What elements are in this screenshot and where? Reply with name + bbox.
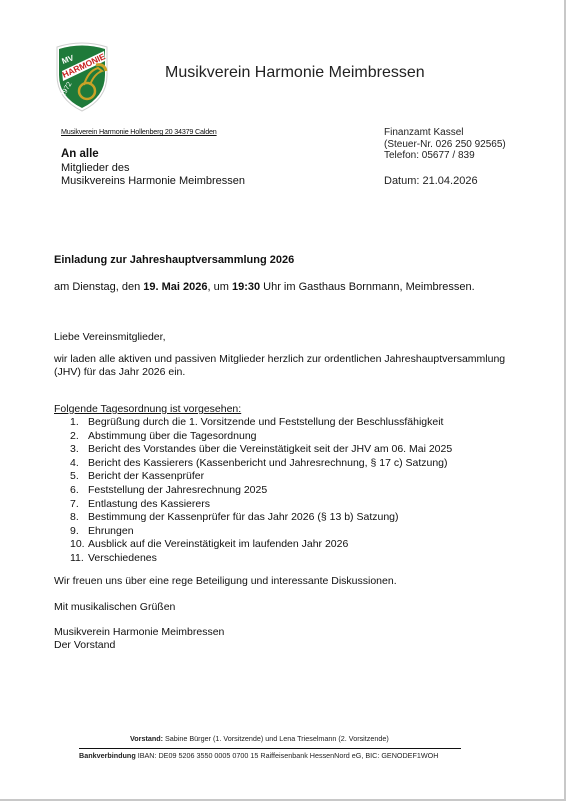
agenda-item-number: 11. xyxy=(70,552,88,566)
agenda-item-number: 5. xyxy=(70,470,88,484)
agenda-item: 3.Bericht des Vorstandes über die Verein… xyxy=(70,443,452,457)
signature-board: Der Vorstand xyxy=(54,639,224,652)
agenda-item-number: 1. xyxy=(70,416,88,430)
when-mid: , um xyxy=(208,281,232,293)
agenda-item-text: Bestimmung der Kassenprüfer für das Jahr… xyxy=(88,511,399,525)
closing-sentence: Wir freuen uns über eine rege Beteiligun… xyxy=(54,575,397,587)
bank-details: IBAN: DE09 5206 3550 0005 0700 15 Raiffe… xyxy=(136,751,439,760)
recipient-line-2: Mitglieder des xyxy=(61,162,245,176)
agenda-item-text: Bericht des Vorstandes über die Vereinst… xyxy=(88,443,452,457)
agenda-item: 8.Bestimmung der Kassenprüfer für das Ja… xyxy=(70,511,452,525)
agenda-item-number: 3. xyxy=(70,443,88,457)
letter-date: Datum: 21.04.2026 xyxy=(384,175,478,187)
regards: Mit musikalischen Grüßen xyxy=(54,601,175,613)
meeting-date: 19. Mai 2026 xyxy=(143,281,207,293)
agenda-item-text: Verschiedenes xyxy=(88,552,157,566)
agenda-item-text: Feststellung der Jahresrechnung 2025 xyxy=(88,484,267,498)
agenda-item: 5.Bericht der Kassenprüfer xyxy=(70,470,452,484)
agenda-item-text: Bericht des Kassierers (Kassenbericht un… xyxy=(88,457,448,471)
when-suffix: Uhr im Gasthaus Bornmann, Meimbressen. xyxy=(260,281,475,293)
agenda-heading: Folgende Tagesordnung ist vorgesehen: xyxy=(54,403,241,415)
agenda-item: 1.Begrüßung durch die 1. Vorsitzende und… xyxy=(70,416,452,430)
club-crest-icon: MV HARMONIE 1972 xyxy=(54,41,110,112)
agenda-item-number: 2. xyxy=(70,430,88,444)
meeting-details: am Dienstag, den 19. Mai 2026, um 19:30 … xyxy=(54,281,475,293)
club-name-title: Musikverein Harmonie Meimbressen xyxy=(165,64,425,82)
intro-paragraph: wir laden alle aktiven und passiven Mitg… xyxy=(54,353,524,379)
agenda-item-text: Entlastung des Kassierers xyxy=(88,498,210,512)
board-label: Vorstand: xyxy=(130,734,163,743)
info-block: Finanzamt Kassel (Steuer-Nr. 026 250 925… xyxy=(384,127,506,162)
agenda-item-number: 10. xyxy=(70,538,88,552)
agenda-item-text: Abstimmung über die Tagesordnung xyxy=(88,430,257,444)
recipient-line-1: An alle xyxy=(61,148,245,162)
agenda-item-number: 7. xyxy=(70,498,88,512)
agenda-item-number: 6. xyxy=(70,484,88,498)
letter-page: MV HARMONIE 1972 Musikverein Harmonie Me… xyxy=(0,0,566,801)
sender-address-line: Musikverein Harmonie Hollenberg 20 34379… xyxy=(61,127,217,136)
meeting-time: 19:30 xyxy=(232,281,260,293)
agenda-item: 2.Abstimmung über die Tagesordnung xyxy=(70,430,452,444)
agenda-item: 11.Verschiedenes xyxy=(70,552,452,566)
phone-number: Telefon: 05677 / 839 xyxy=(384,150,506,162)
agenda-item-text: Ausblick auf die Vereinstätigkeit im lau… xyxy=(88,538,348,552)
agenda-item-number: 4. xyxy=(70,457,88,471)
agenda-item: 6.Feststellung der Jahresrechnung 2025 xyxy=(70,484,452,498)
agenda-item: 9.Ehrungen xyxy=(70,525,452,539)
agenda-item-number: 8. xyxy=(70,511,88,525)
agenda-item: 4.Bericht des Kassierers (Kassenbericht … xyxy=(70,457,452,471)
agenda-list: 1.Begrüßung durch die 1. Vorsitzende und… xyxy=(70,416,452,566)
tax-office: Finanzamt Kassel xyxy=(384,127,506,139)
agenda-item-text: Begrüßung durch die 1. Vorsitzende und F… xyxy=(88,416,443,430)
agenda-item: 10.Ausblick auf die Vereinstätigkeit im … xyxy=(70,538,452,552)
footer-divider xyxy=(79,748,461,749)
bank-label: Bankverbindung xyxy=(79,751,136,760)
agenda-item-number: 9. xyxy=(70,525,88,539)
agenda-item: 7.Entlastung des Kassierers xyxy=(70,498,452,512)
agenda-item-text: Bericht der Kassenprüfer xyxy=(88,470,204,484)
salutation: Liebe Vereinsmitglieder, xyxy=(54,331,166,343)
invitation-heading: Einladung zur Jahreshauptversammlung 202… xyxy=(54,254,294,266)
recipient-block: An alle Mitglieder des Musikvereins Harm… xyxy=(61,148,245,189)
recipient-line-3: Musikvereins Harmonie Meimbressen xyxy=(61,175,245,189)
footer-bank: Bankverbindung IBAN: DE09 5206 3550 0005… xyxy=(79,751,438,760)
agenda-item-text: Ehrungen xyxy=(88,525,134,539)
tax-number: (Steuer-Nr. 026 250 92565) xyxy=(384,139,506,151)
signature-club: Musikverein Harmonie Meimbressen xyxy=(54,626,224,639)
board-members: Sabine Bürger (1. Vorsitzende) und Lena … xyxy=(163,734,389,743)
signature-block: Musikverein Harmonie Meimbressen Der Vor… xyxy=(54,626,224,651)
footer-board: Vorstand: Sabine Bürger (1. Vorsitzende)… xyxy=(130,734,389,743)
when-prefix: am Dienstag, den xyxy=(54,281,143,293)
